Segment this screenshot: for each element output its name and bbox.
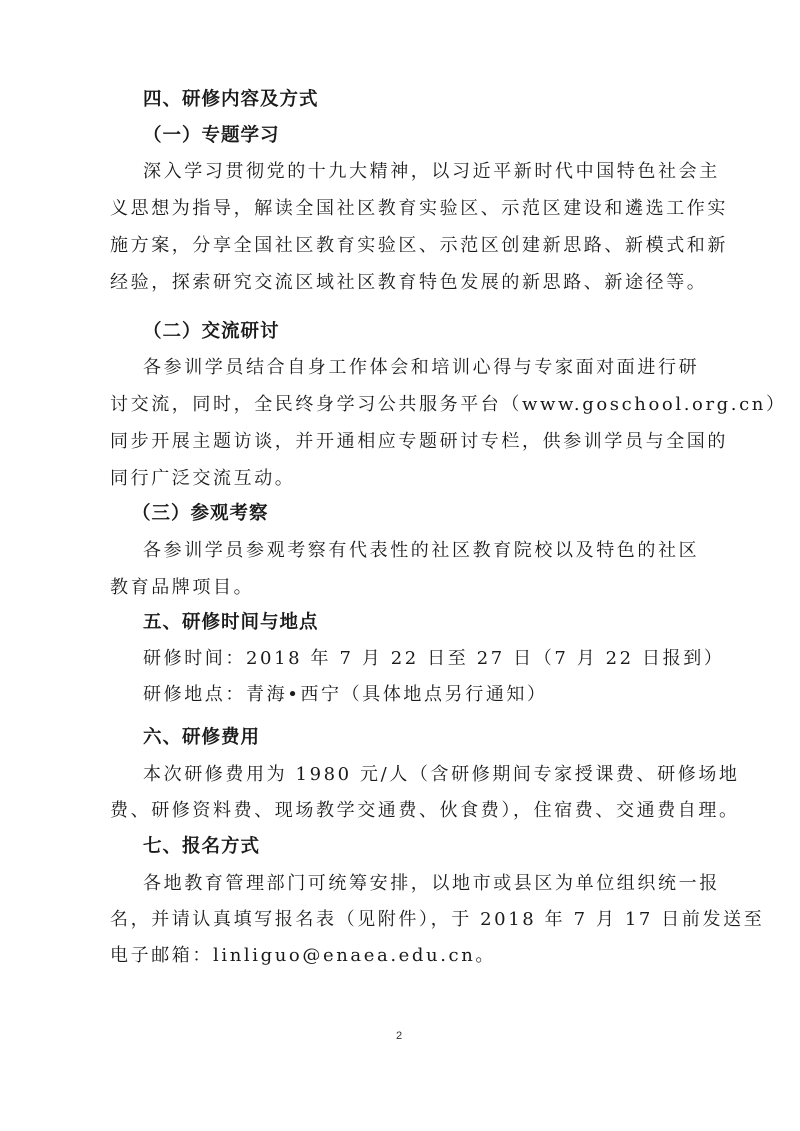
paragraph-line: 同行广泛交流互动。	[110, 467, 295, 491]
page-number: 2	[396, 1030, 402, 1042]
paragraph-line: 义思想为指导，解读全国社区教育实验区、示范区建设和遴选工作实	[110, 197, 728, 221]
paragraph-line: 经验，探索研究交流区域社区教育特色发展的新思路、新途径等。	[110, 271, 707, 295]
section-heading-4: 四、研修内容及方式	[143, 88, 319, 112]
email-line: 电子邮箱：linliguo@enaea.edu.cn。	[110, 944, 496, 968]
paragraph-line: 费、研修资料费、现场教学交通费、伙食费），住宿费、交通费自理。	[110, 799, 740, 823]
paragraph-line: 讨交流，同时，全民终身学习公共服务平台（www.goschool.org.cn）	[110, 393, 787, 417]
paragraph-line: 同步开展主题访谈，并开通相应专题研讨专栏，供参训学员与全国的	[110, 430, 728, 454]
paragraph-line: 本次研修费用为 1980 元/人（含研修期间专家授课费、研修场地	[143, 763, 740, 787]
subsection-heading-2: （二）交流研讨	[143, 320, 280, 344]
paragraph-line: 施方案，分享全国社区教育实验区、示范区创建新思路、新模式和新	[110, 234, 728, 258]
document-page: 四、研修内容及方式 （一）专题学习 深入学习贯彻党的十九大精神，以习近平新时代中…	[0, 0, 800, 1131]
paragraph-line: 各参训学员结合自身工作体会和培训心得与专家面对面进行研	[143, 356, 699, 380]
subsection-heading-3: （三）参观考察	[132, 502, 269, 526]
paragraph-line: 教育品牌项目。	[110, 576, 254, 600]
paragraph-line: 研修时间：2018 年 7 月 22 日至 27 日（7 月 22 日报到）	[143, 647, 724, 671]
paragraph-line: 名，并请认真填写报名表（见附件），于 2018 年 7 月 17 日前发送至	[110, 908, 764, 932]
section-heading-7: 七、报名方式	[143, 835, 260, 859]
section-heading-5: 五、研修时间与地点	[143, 611, 319, 635]
paragraph-line: 研修地点：青海•西宁（具体地点另行通知）	[143, 683, 548, 707]
paragraph-line: 深入学习贯彻党的十九大精神，以习近平新时代中国特色社会主	[143, 160, 720, 184]
section-heading-6: 六、研修费用	[143, 726, 260, 750]
subsection-heading-1: （一）专题学习	[143, 124, 280, 148]
paragraph-line: 各地教育管理部门可统筹安排，以地市或县区为单位组织统一报	[143, 872, 720, 896]
paragraph-line: 各参训学员参观考察有代表性的社区教育院校以及特色的社区	[143, 539, 699, 563]
